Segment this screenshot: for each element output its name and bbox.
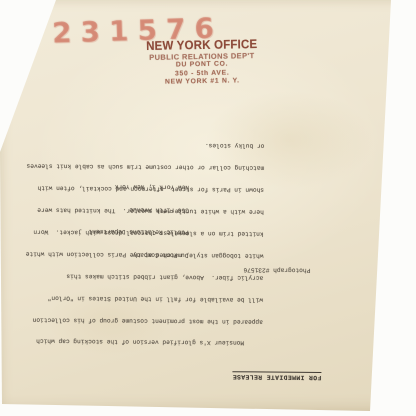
upside-down-typed-document: FOR IMMEDIATE RELEASE Monsieur X's glori… — [17, 228, 402, 383]
caption-line: or bulky stoles. — [27, 140, 265, 149]
photograph-credit: Photograph #231576 — [243, 266, 310, 274]
caption-line: will be available for fall in the United… — [25, 294, 263, 303]
address-line: Public Relations Department — [88, 228, 188, 236]
address-line: New York 1, New York — [89, 183, 189, 191]
release-heading: FOR IMMEDIATE RELEASE — [232, 371, 321, 381]
address-line: Du Pont Company — [88, 250, 188, 258]
stamp-office-name: NEW YORK OFFICE — [143, 37, 261, 53]
office-rubber-stamp: NEW YORK OFFICE PUBLIC RELATIONS DEP'T D… — [138, 37, 267, 88]
caption-line: appeared in the most prominent costume g… — [25, 316, 263, 325]
address-line: 350 Fifth Avenue — [89, 205, 189, 213]
sender-address-block: Du Pont Company Public Relations Departm… — [88, 168, 189, 274]
caption-line: Monsieur X's glorified version of the st… — [25, 337, 263, 346]
